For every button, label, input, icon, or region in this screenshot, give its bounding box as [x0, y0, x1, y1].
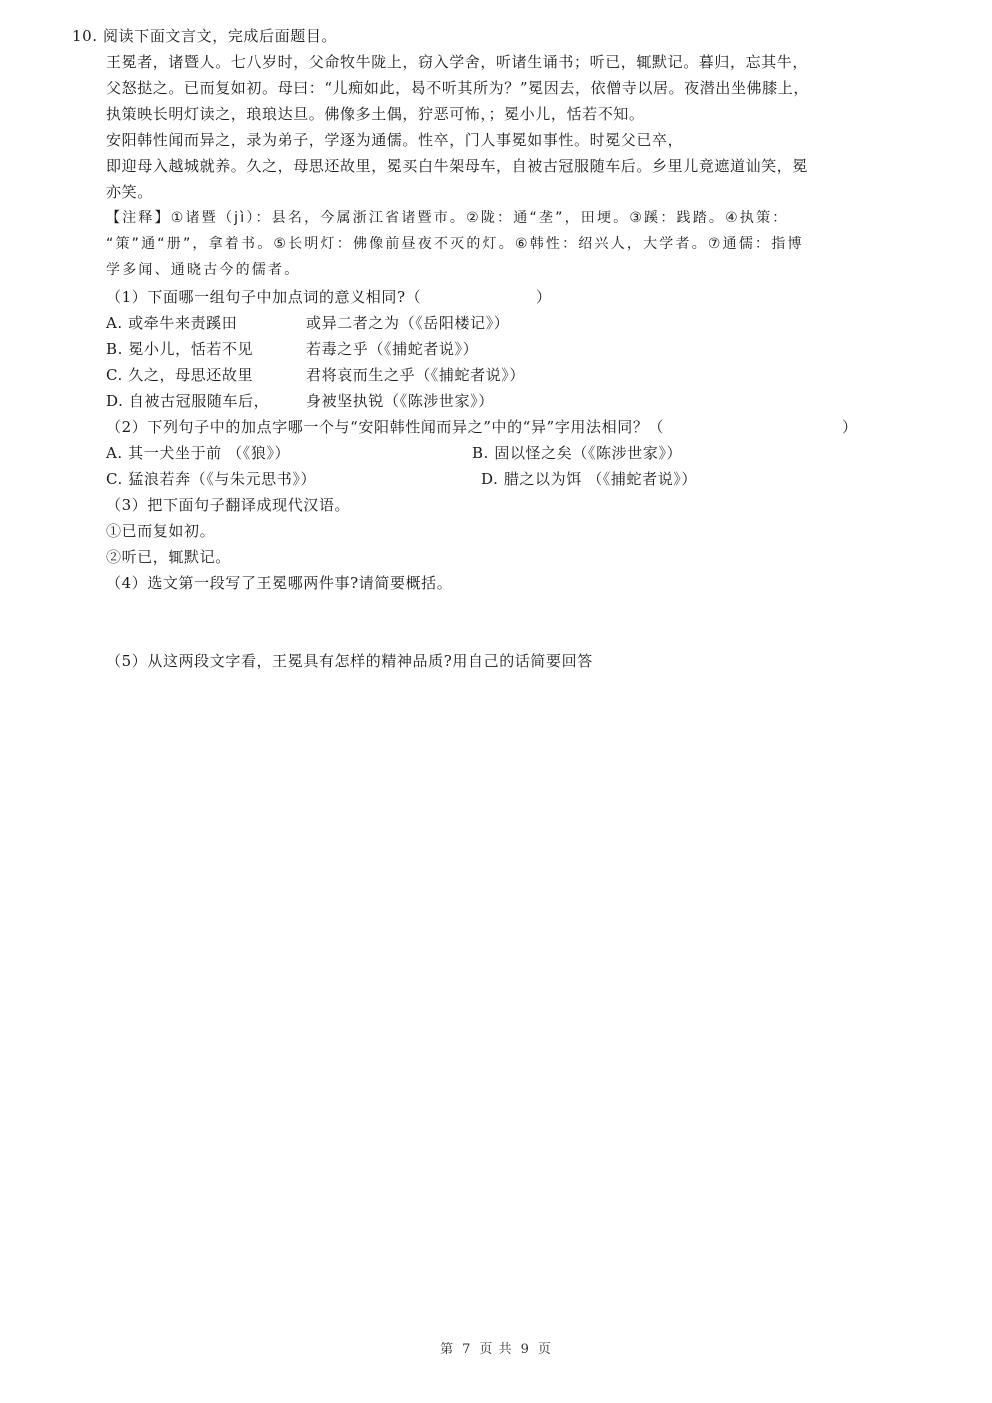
- page-footer: 第7页 共9页: [0, 1338, 992, 1357]
- footer-label-of: 页 共: [479, 1342, 512, 1357]
- q2-prompt: （2）下列句子中的加点字哪一个与“安阳韩性闻而异之”中的“异”字用法相同？（: [106, 417, 664, 437]
- annotation-line: 学多闻、通晓古今的儒者。: [106, 260, 300, 280]
- footer-label-page: 第: [440, 1342, 454, 1357]
- passage-line: 执策映长明灯读之，琅琅达旦。佛像多土偶，狞恶可怖，；冕小儿，恬若不知。: [106, 104, 645, 124]
- footer-label-end: 页: [538, 1342, 552, 1357]
- current-page-number: 7: [462, 1342, 471, 1357]
- q1-option-d-left: D. 自被古冠服随车后，: [106, 391, 269, 411]
- q1-option-a-right: 或异二者之为（《岳阳楼记》）: [306, 313, 509, 333]
- q3-item: ②听已，辄默记。: [106, 547, 231, 567]
- q4-prompt: （4）选文第一段写了王冕哪两件事?请简要概括。: [106, 573, 452, 593]
- q2-option-a: A. 其一犬坐于前 （《狼》）: [106, 443, 290, 463]
- q1-prompt: （1）下面哪一组句子中加点词的意义相同?（: [106, 287, 421, 307]
- annotation-line: “策”通“册”，拿着书。⑤长明灯：佛像前昼夜不灭的灯。⑥韩性：绍兴人，大学者。⑦…: [106, 234, 804, 254]
- q2-option-b: B. 固以怪之矣（《陈涉世家》）: [472, 443, 682, 463]
- passage-line: 父怒挞之。已而复如初。母曰：“儿痴如此，曷不听其所为？”冕因去，依僧寺以居。夜潜…: [106, 78, 809, 98]
- q1-option-a-left: A. 或牵牛来责蹊田: [106, 313, 237, 333]
- q1-option-d-right: 身被坚执锐（《陈涉世家》）: [306, 391, 494, 411]
- passage-line: 安阳韩性闻而异之，录为弟子，学逐为通儒。性卒，门人事冕如事性。时冕父已卒，: [106, 130, 683, 150]
- q2-option-c: C. 猛浪若奔（《与朱元思书》）: [106, 469, 316, 489]
- question-heading: 10. 阅读下面文言文，完成后面题目。: [72, 26, 337, 46]
- q1-answer-close: ）: [536, 287, 552, 307]
- annotation-line: 【注释】①诸暨（jì）：县名，今属浙江省诸暨市。②陇：通“垄”，田埂。③蹊：践踏…: [106, 208, 789, 228]
- q1-option-c-right: 君将哀而生之乎（《捕蛇者说》）: [306, 365, 525, 385]
- q1-option-b-right: 若毒之乎（《捕蛇者说》）: [306, 339, 478, 359]
- q1-option-b-left: B. 冕小儿，恬若不见: [106, 339, 253, 359]
- q3-item: ①已而复如初。: [106, 521, 215, 541]
- passage-line: 亦笑。: [106, 182, 153, 202]
- passage-line: 王冕者，诸暨人。七八岁时，父命牧牛陇上，窃入学舍，听诸生诵书；听已，辄默记。暮归…: [106, 52, 808, 72]
- q3-prompt: （3）把下面句子翻译成现代汉语。: [106, 495, 350, 515]
- q5-prompt: （5）从这两段文字看，王冕具有怎样的精神品质?用自己的话简要回答: [106, 651, 593, 671]
- q1-option-c-left: C. 久之，母思还故里: [106, 365, 253, 385]
- total-pages-number: 9: [521, 1342, 530, 1357]
- exam-page: 10. 阅读下面文言文，完成后面题目。 王冕者，诸暨人。七八岁时，父命牧牛陇上，…: [0, 0, 992, 1403]
- passage-line: 即迎母入越城就养。久之，母思还故里，冕买白牛架母车，自被古冠服随车后。乡里儿竟遮…: [106, 156, 808, 176]
- q2-option-d: D. 腊之以为饵 （《捕蛇者说》）: [481, 469, 697, 489]
- q2-answer-close: ）: [842, 417, 858, 437]
